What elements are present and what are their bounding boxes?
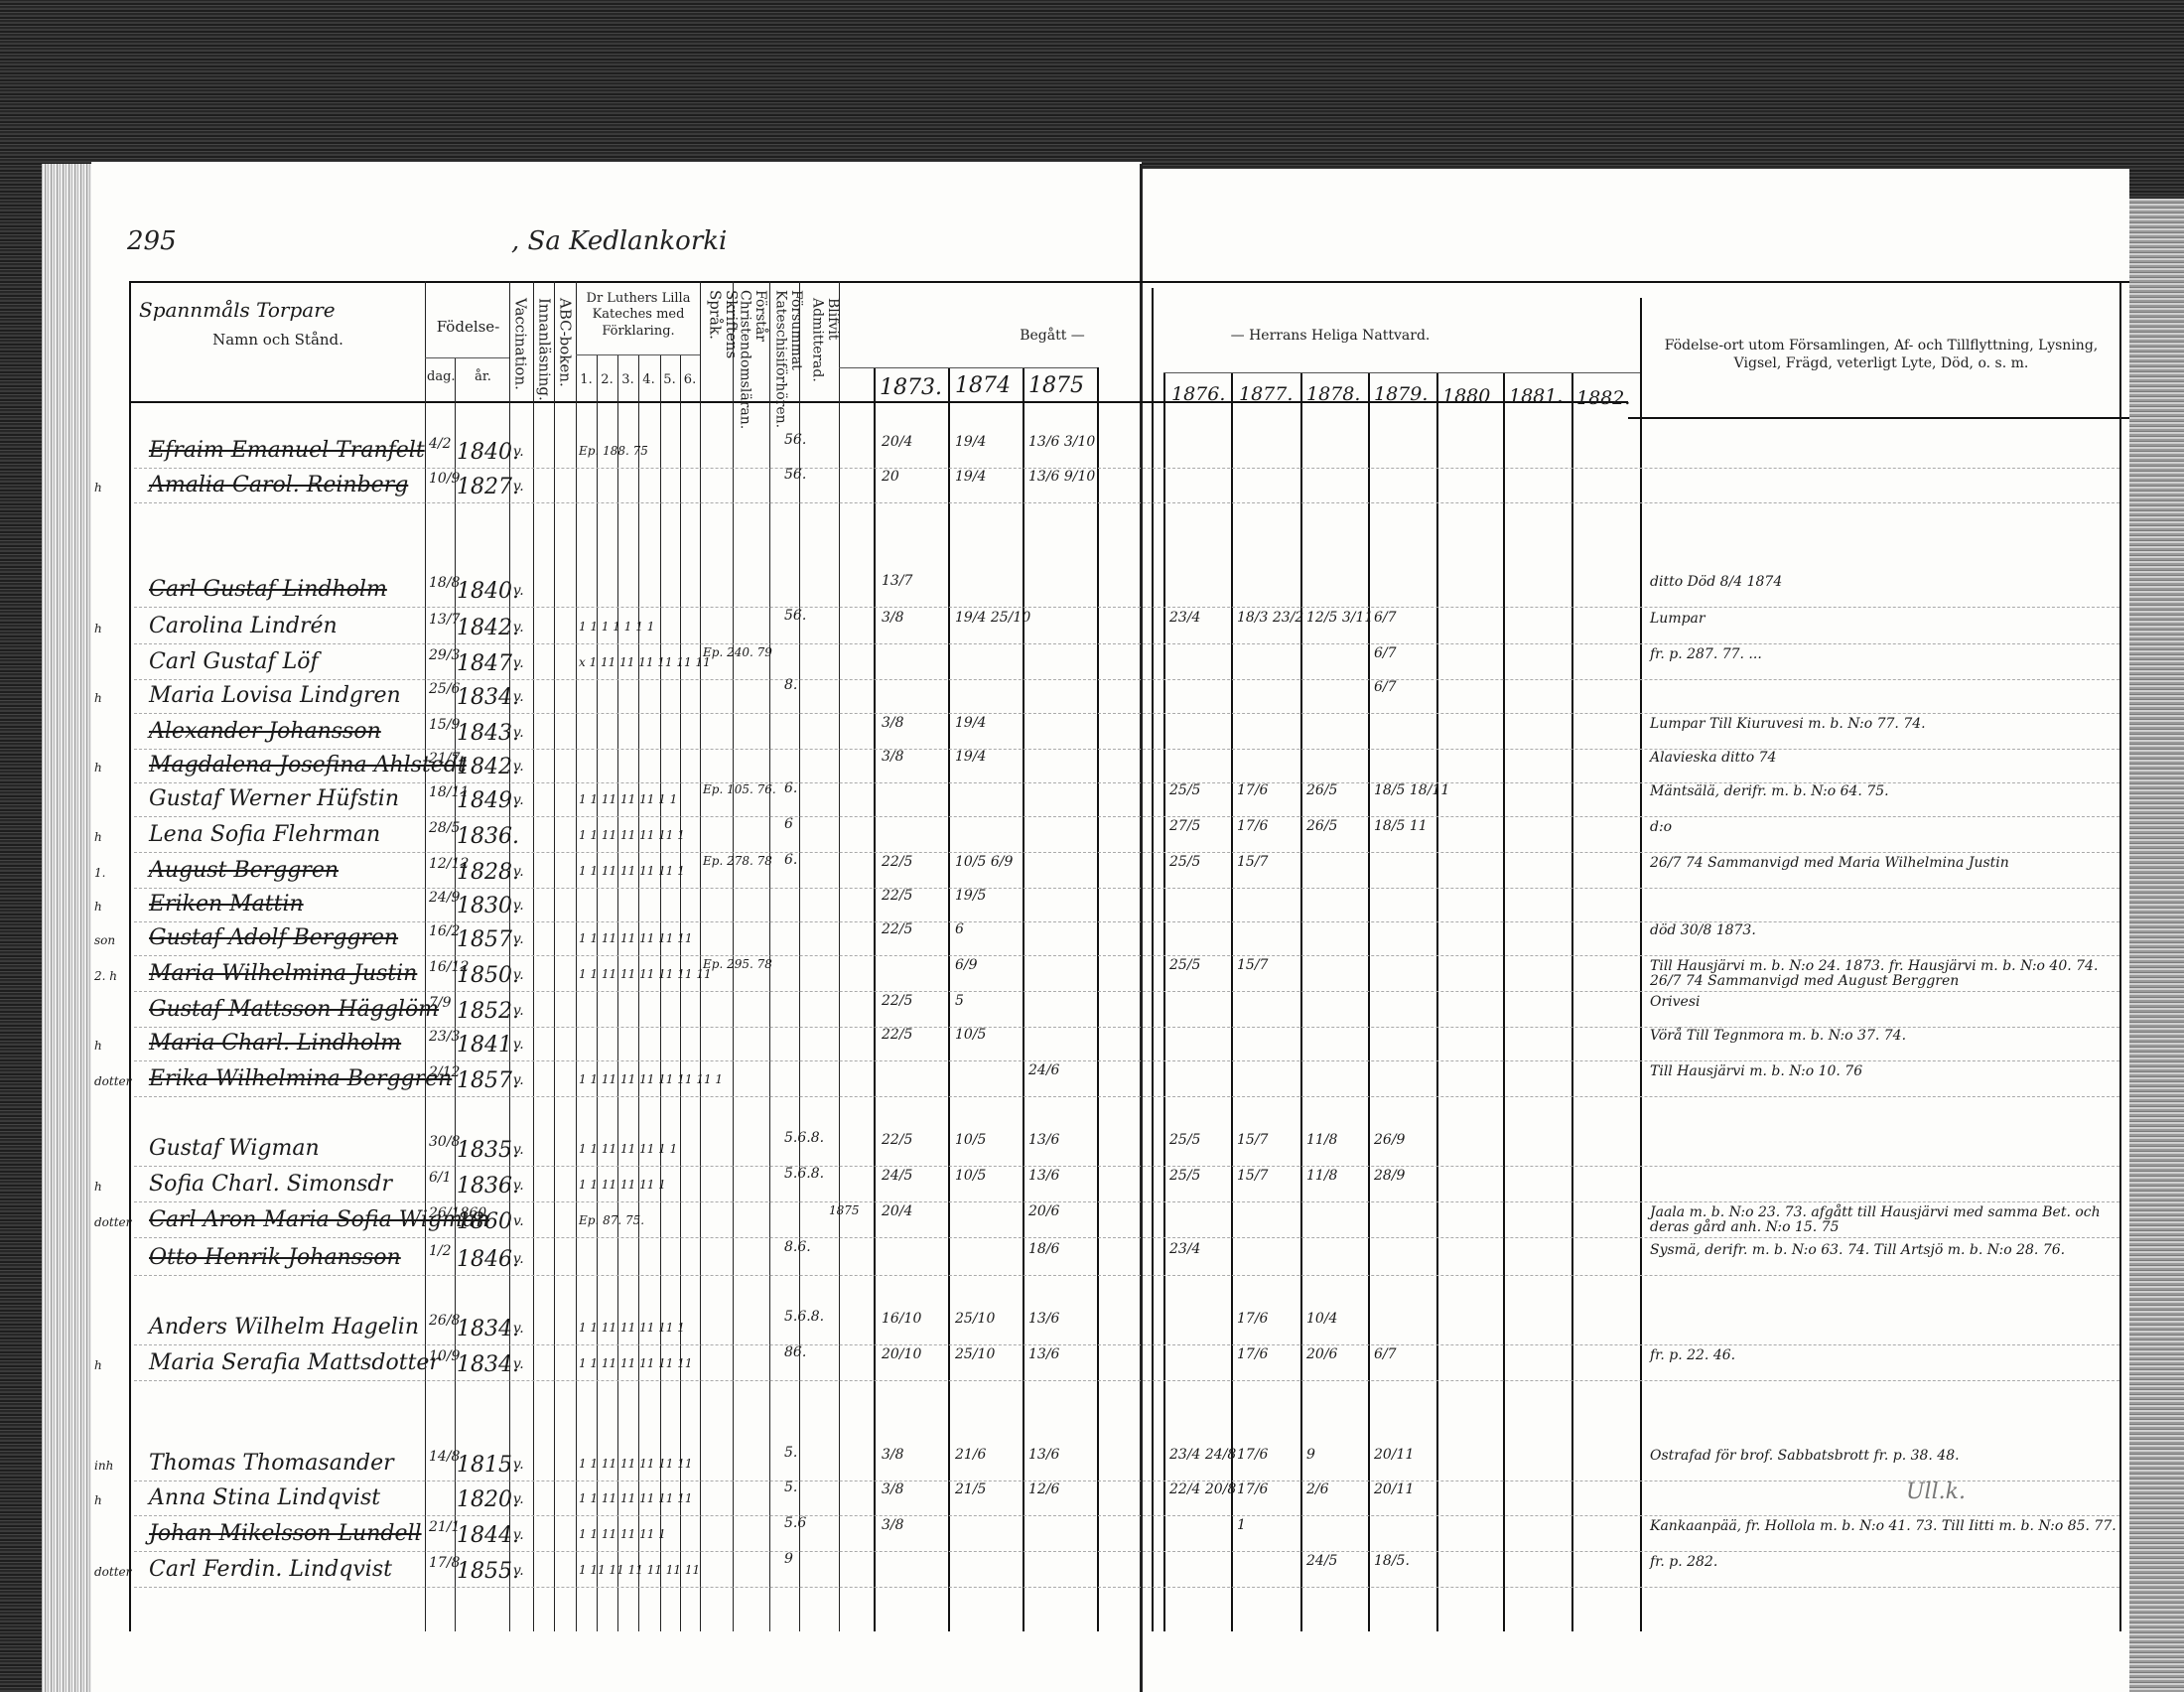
catechism-numbers: 1. 2. 3. 4. 5. 6. bbox=[576, 372, 700, 388]
col-rule-1878 bbox=[1300, 372, 1302, 1631]
birth-sub-rule bbox=[425, 357, 509, 358]
row-prefix: 2. h bbox=[94, 969, 117, 983]
birth-day: 7/9 bbox=[429, 995, 452, 1011]
communion-left-header: Begått — bbox=[993, 328, 1112, 346]
row-prefix: 1. bbox=[94, 866, 105, 880]
communion-1875: 13/6 bbox=[1028, 1132, 1059, 1148]
birth-year: 1850. bbox=[457, 963, 519, 988]
row-prefix: h bbox=[94, 830, 102, 844]
remark-text: Till Hausjärvi m. b. N:o 10. 76 bbox=[1650, 1064, 1862, 1079]
vaccination-mark: v. bbox=[513, 898, 524, 914]
birth-year: 1840. bbox=[457, 579, 519, 604]
missed-catechism-header: Försummat Kateschisiförhören. bbox=[772, 290, 803, 399]
vaccination-mark: v. bbox=[513, 1356, 524, 1372]
year-1880: 1880 bbox=[1442, 385, 1490, 407]
birth-year: 1834. bbox=[457, 1352, 519, 1377]
catechism-marks: 1 1 11 11 11 11 1 bbox=[579, 1321, 685, 1335]
col-rule bbox=[455, 357, 456, 1631]
birth-year: 1840. bbox=[457, 440, 519, 465]
remark-text: Sysmä, derifr. m. b. N:o 63. 74. Till Ar… bbox=[1650, 1243, 2065, 1258]
year-1875: 1875 bbox=[1028, 373, 1084, 398]
communion-1879: 6/7 bbox=[1374, 1346, 1397, 1362]
col-rule-1882 bbox=[1571, 372, 1573, 1631]
row-prefix: dotter bbox=[94, 1565, 131, 1579]
margin-note: Ull.k. bbox=[1906, 1480, 1966, 1504]
communion-1875: 13/6 bbox=[1028, 1346, 1059, 1362]
vaccination-mark: v. bbox=[513, 1491, 524, 1507]
remark-text: Alavieska ditto 74 bbox=[1650, 751, 1776, 766]
vaccination-mark: v. bbox=[513, 1527, 524, 1543]
vaccination-mark: v. bbox=[513, 1563, 524, 1579]
row-divider bbox=[134, 502, 2119, 503]
communion-1875: 12/6 bbox=[1028, 1481, 1059, 1497]
birth-year: 1846. bbox=[457, 1247, 519, 1272]
communion-1879: 18/5. bbox=[1374, 1553, 1410, 1569]
missed-catechism: 86. bbox=[784, 1344, 806, 1360]
birth-day: 21/7 bbox=[429, 751, 460, 767]
col-rule bbox=[839, 281, 840, 1631]
col-rule bbox=[617, 354, 618, 1631]
vaccination-header: Vaccination. bbox=[512, 298, 529, 397]
row-prefix: h bbox=[94, 900, 102, 914]
missed-catechism: 56. bbox=[784, 467, 806, 483]
birth-day: 28/5 bbox=[429, 820, 460, 836]
person-name: Gustaf Mattsson Hägglöm bbox=[149, 997, 439, 1022]
birth-year: 1852. bbox=[457, 999, 519, 1024]
birth-year: 1815. bbox=[457, 1453, 519, 1478]
remark-text: Orivesi bbox=[1650, 995, 1701, 1010]
year-1874: 1874 bbox=[955, 373, 1011, 398]
communion-1875: 13/6 bbox=[1028, 1447, 1059, 1463]
vaccination-mark: v. bbox=[513, 1321, 524, 1337]
row-divider bbox=[134, 1060, 2119, 1061]
row-divider bbox=[134, 468, 2119, 469]
birth-year: 1857. bbox=[457, 1068, 519, 1093]
row-divider bbox=[134, 1344, 2119, 1345]
col-rule bbox=[660, 354, 661, 1631]
communion-1873: 22/5 bbox=[882, 1027, 912, 1043]
birth-day: 23/3 bbox=[429, 1029, 460, 1045]
communion-1876: 25/5 bbox=[1169, 782, 1200, 798]
name-column-header: Namn och Stånd. bbox=[139, 331, 417, 350]
vaccination-mark: v. bbox=[513, 864, 524, 880]
communion-1873: 3/8 bbox=[882, 1447, 904, 1463]
row-divider bbox=[134, 643, 2119, 644]
row-prefix: h bbox=[94, 1039, 102, 1053]
birth-year: 1836. bbox=[457, 824, 519, 849]
vaccination-mark: v. bbox=[513, 444, 524, 460]
person-name: Lena Sofia Flehrman bbox=[149, 822, 380, 847]
birth-day: 16/2 bbox=[429, 923, 460, 939]
row-prefix: h bbox=[94, 1493, 102, 1507]
birth-year: 1860 bbox=[457, 1209, 512, 1234]
communion-1874: 19/4 bbox=[955, 715, 986, 731]
communion-1875: 20/6 bbox=[1028, 1203, 1059, 1219]
communion-1876: 25/5 bbox=[1169, 854, 1200, 870]
scripture-ref: Ep. 240. 79 bbox=[703, 645, 772, 659]
birth-day: 18/8 bbox=[429, 575, 460, 591]
row-prefix: h bbox=[94, 761, 102, 775]
birth-year: 1834. bbox=[457, 685, 519, 710]
page-number: 295 bbox=[127, 226, 177, 256]
person-name: Carl Ferdin. Lindqvist bbox=[149, 1557, 392, 1582]
communion-1877: 17/6 bbox=[1237, 782, 1268, 798]
admitted-year: 1875 bbox=[829, 1203, 860, 1217]
communion-1878: 24/5 bbox=[1306, 1553, 1337, 1569]
catechism-marks: x 1 11 11 11 11 11 11 bbox=[579, 655, 711, 669]
communion-1873: 3/8 bbox=[882, 1481, 904, 1497]
row-divider bbox=[134, 816, 2119, 817]
person-name: Carl Gustaf Löf bbox=[149, 649, 319, 674]
vaccination-mark: v. bbox=[513, 967, 524, 983]
missed-catechism: 5.6.8. bbox=[784, 1309, 824, 1325]
communion-1877: 15/7 bbox=[1237, 1168, 1268, 1184]
birth-day: 10/9 bbox=[429, 1348, 460, 1364]
reading-header: Innanläsning. bbox=[536, 298, 553, 397]
birth-year: 1843. bbox=[457, 721, 519, 746]
row-divider bbox=[134, 921, 2119, 922]
person-name: Maria Lovisa Lindgren bbox=[149, 683, 401, 708]
communion-1876: 23/4 bbox=[1169, 1241, 1200, 1257]
communion-1873: 3/8 bbox=[882, 715, 904, 731]
communion-1877: 15/7 bbox=[1237, 1132, 1268, 1148]
col-rule bbox=[1152, 288, 1154, 1631]
col-rule-1873 bbox=[874, 367, 876, 1631]
communion-1873: 22/5 bbox=[882, 888, 912, 904]
person-name: Carl Gustaf Lindholm bbox=[149, 577, 387, 602]
communion-1874: 19/4 bbox=[955, 749, 986, 765]
birth-day: 25/6 bbox=[429, 681, 460, 697]
birth-day: 13/7 bbox=[429, 612, 460, 628]
birth-day: 4/2 bbox=[429, 436, 452, 452]
col-rule-1876 bbox=[1163, 372, 1165, 1631]
birth-day: 29/3 bbox=[429, 647, 460, 663]
catechism-marks: 1 1 11 11 11 11 11 11 1 bbox=[579, 1072, 723, 1086]
vaccination-mark: v. bbox=[513, 1142, 524, 1158]
person-name: Thomas Thomasander bbox=[149, 1451, 394, 1476]
communion-1873: 22/5 bbox=[882, 854, 912, 870]
catechism-sub-rule bbox=[576, 354, 700, 355]
communion-1877: 17/6 bbox=[1237, 1481, 1268, 1497]
catechism-col-1: 1. bbox=[576, 372, 597, 388]
scripture-ref: Ep. 278. 78 bbox=[703, 854, 772, 868]
person-name: Gustaf Werner Hüfstin bbox=[149, 786, 399, 811]
birth-year: 1834. bbox=[457, 1317, 519, 1341]
communion-1878: 20/6 bbox=[1306, 1346, 1337, 1362]
communion-1878: 11/8 bbox=[1306, 1168, 1337, 1184]
missed-catechism: 8.6. bbox=[784, 1239, 811, 1255]
person-name: Maria Wilhelmina Justin bbox=[149, 961, 417, 986]
vaccination-mark: v. bbox=[513, 1251, 524, 1267]
communion-1878: 12/5 3/11 bbox=[1306, 610, 1373, 626]
communion-1873: 20 bbox=[882, 469, 899, 485]
birth-day: 30/8 bbox=[429, 1134, 460, 1150]
missed-catechism: 5.6 bbox=[784, 1515, 806, 1531]
person-name: Johan Mikelsson Lundell bbox=[149, 1521, 422, 1546]
catechism-col-2: 2. bbox=[597, 372, 617, 388]
birth-day: 1/2 bbox=[429, 1243, 452, 1259]
missed-catechism: 56. bbox=[784, 608, 806, 624]
communion-1878: 2/6 bbox=[1306, 1481, 1329, 1497]
communion-1879: 20/11 bbox=[1374, 1447, 1414, 1463]
communion-1873: 3/8 bbox=[882, 610, 904, 626]
vaccination-mark: v. bbox=[513, 1037, 524, 1053]
col-rule-1874 bbox=[948, 367, 950, 1631]
row-divider bbox=[134, 1201, 2119, 1202]
communion-1879: 6/7 bbox=[1374, 679, 1397, 695]
year-1881: 1881. bbox=[1509, 385, 1563, 407]
row-divider bbox=[134, 1551, 2119, 1552]
communion-1876: 23/4 24/8 bbox=[1169, 1447, 1236, 1463]
vaccination-mark: v. bbox=[513, 479, 524, 494]
missed-catechism: 56. bbox=[784, 432, 806, 448]
missed-catechism: 6 bbox=[784, 816, 793, 832]
birth-day: 6/1 bbox=[429, 1170, 452, 1186]
communion-1873: 20/10 bbox=[882, 1346, 921, 1362]
row-prefix: h bbox=[94, 691, 102, 705]
birth-year: 1842. bbox=[457, 616, 519, 640]
catechism-marks: 1 1 11 11 11 1 1 bbox=[579, 792, 677, 806]
christian-doctrine-header: Förstår Christendomsläran. bbox=[737, 290, 767, 399]
remark-text: ditto Död 8/4 1874 bbox=[1650, 575, 1782, 590]
communion-1874: 10/5 bbox=[955, 1168, 986, 1184]
communion-1874: 10/5 6/9 bbox=[955, 854, 1013, 870]
row-prefix: son bbox=[94, 933, 115, 947]
vaccination-mark: v. bbox=[513, 1213, 524, 1229]
communion-1877: 15/7 bbox=[1237, 854, 1268, 870]
birth-year: 1841. bbox=[457, 1033, 519, 1057]
col-rule-1875 bbox=[1023, 367, 1024, 1631]
communion-1874: 10/5 bbox=[955, 1027, 986, 1043]
person-name: Carolina Lindrén bbox=[149, 614, 338, 638]
birth-day: 15/9 bbox=[429, 717, 460, 733]
birth-year: 1830. bbox=[457, 894, 519, 918]
remarks-header: Födelse-ort utom Församlingen, Af- och T… bbox=[1648, 338, 2115, 372]
missed-catechism: 9 bbox=[784, 1551, 793, 1567]
col-rule bbox=[533, 281, 534, 1631]
communion-1874: 6/9 bbox=[955, 957, 978, 973]
place-title: , Sa Kedlankorki bbox=[511, 226, 727, 256]
catechism-marks: 1 1 11 11 11 1 1 bbox=[579, 1142, 677, 1156]
catechism-header: Dr Luthers Lilla Kateches med Förklaring… bbox=[578, 291, 699, 340]
communion-1875: 13/6 9/10 bbox=[1028, 469, 1095, 485]
col-rule bbox=[799, 281, 800, 1631]
missed-catechism: 5. bbox=[784, 1445, 797, 1461]
scripture-ref: Ep. 105. 76. bbox=[703, 782, 776, 796]
remark-text: Kankaanpää, fr. Hollola m. b. N:o 41. 73… bbox=[1650, 1519, 2116, 1534]
communion-1874: 21/6 bbox=[955, 1447, 986, 1463]
communion-1877: 18/3 23/2 bbox=[1237, 610, 1303, 626]
communion-1879: 28/9 bbox=[1374, 1168, 1405, 1184]
communion-1879: 26/9 bbox=[1374, 1132, 1405, 1148]
row-divider bbox=[134, 607, 2119, 608]
birth-day-header: dag. bbox=[427, 369, 455, 385]
communion-1879: 18/5 11 bbox=[1374, 818, 1428, 834]
vaccination-mark: v. bbox=[513, 655, 524, 671]
communion-1874: 19/4 bbox=[955, 469, 986, 485]
person-name: Maria Charl. Lindholm bbox=[149, 1031, 401, 1056]
communion-1873: 3/8 bbox=[882, 749, 904, 765]
birth-day: 2/12 bbox=[429, 1064, 460, 1080]
communion-1873: 22/5 bbox=[882, 1132, 912, 1148]
catechism-marks: 1 1 11 11 11 11 11 11 bbox=[579, 967, 712, 981]
scripture-header: Skriftens Språk. bbox=[707, 290, 740, 399]
vaccination-mark: v. bbox=[513, 1072, 524, 1088]
communion-1874: 10/5 bbox=[955, 1132, 986, 1148]
communion-1879: 6/7 bbox=[1374, 645, 1397, 661]
row-divider bbox=[134, 679, 2119, 680]
birth-day: 10/9 bbox=[429, 471, 460, 487]
year-row-top bbox=[1163, 372, 1640, 373]
person-name: Eriken Mattin bbox=[149, 892, 304, 916]
communion-1876: 22/4 20/8 bbox=[1169, 1481, 1236, 1497]
catechism-marks: 1 1 11 11 11 11 1 bbox=[579, 864, 685, 878]
catechism-marks: 1 1 11 11 11 11 11 bbox=[579, 931, 693, 945]
communion-1877: 17/6 bbox=[1237, 1311, 1268, 1327]
communion-1876: 23/4 bbox=[1169, 610, 1200, 626]
birth-year-header: år. bbox=[457, 369, 509, 385]
communion-1873: 22/5 bbox=[882, 921, 912, 937]
person-name: Otto Henrik Johansson bbox=[149, 1245, 401, 1270]
catechism-marks: 1 11 11 11 11 11 11 bbox=[579, 1563, 700, 1577]
communion-1874: 19/4 25/10 bbox=[955, 610, 1030, 626]
row-divider bbox=[134, 852, 2119, 853]
row-divider bbox=[134, 713, 2119, 714]
col-rule bbox=[733, 281, 734, 1631]
communion-1874: 5 bbox=[955, 993, 964, 1009]
catechism-marks: 1 1 11 11 11 1 bbox=[579, 1527, 666, 1541]
row-prefix: dotter bbox=[94, 1215, 131, 1229]
remark-text: fr. p. 287. 77. ... bbox=[1650, 647, 1762, 662]
communion-1875: 18/6 bbox=[1028, 1241, 1059, 1257]
col-rule-1877 bbox=[1231, 372, 1233, 1631]
person-name: Magdalena Josefina Ahlstedt bbox=[149, 753, 467, 777]
year-1879: 1879. bbox=[1374, 383, 1428, 405]
remark-text: död 30/8 1873. bbox=[1650, 923, 1756, 938]
year-1873: 1873. bbox=[880, 375, 942, 400]
row-divider bbox=[134, 888, 2119, 889]
missed-catechism: 6. bbox=[784, 852, 797, 868]
col-rule bbox=[554, 281, 555, 1631]
household-label: Spannmåls Torpare bbox=[139, 298, 336, 322]
birth-day: 14/8 bbox=[429, 1449, 460, 1465]
missed-catechism: 5.6.8. bbox=[784, 1130, 824, 1146]
admitted-header: Blifvit Admitterad. bbox=[809, 298, 840, 397]
person-name: Amalia Carol. Reinberg bbox=[149, 473, 408, 497]
person-name: Erika Wilhelmina Berggren bbox=[149, 1066, 452, 1091]
birth-day: 26/8 bbox=[429, 1313, 460, 1329]
catechism-col-6: 6. bbox=[680, 372, 700, 388]
vaccination-mark: v. bbox=[513, 583, 524, 599]
row-divider bbox=[134, 955, 2119, 956]
row-divider bbox=[134, 1166, 2119, 1167]
communion-1873: 22/5 bbox=[882, 993, 912, 1009]
remark-text: Till Hausjärvi m. b. N:o 24. 1873. fr. H… bbox=[1650, 959, 2116, 990]
year-1877: 1877. bbox=[1239, 383, 1293, 405]
year-1882: 1882. bbox=[1576, 387, 1630, 409]
row-divider bbox=[134, 1515, 2119, 1516]
row-divider bbox=[134, 1587, 2119, 1588]
vaccination-mark: v. bbox=[513, 725, 524, 741]
remark-text: 26/7 74 Sammanvigd med Maria Wilhelmina … bbox=[1650, 856, 2009, 871]
communion-1873: 24/5 bbox=[882, 1168, 912, 1184]
vaccination-mark: v. bbox=[513, 1003, 524, 1019]
year-1876: 1876. bbox=[1171, 383, 1225, 405]
birth-year: 1820. bbox=[457, 1487, 519, 1512]
communion-1877: 15/7 bbox=[1237, 957, 1268, 973]
col-rule bbox=[680, 354, 681, 1631]
missed-catechism: 5. bbox=[784, 1480, 797, 1495]
catechism-marks: Ep. 188. 75 bbox=[579, 444, 648, 458]
remark-text: d:o bbox=[1650, 820, 1672, 835]
remark-text: fr. p. 282. bbox=[1650, 1555, 1717, 1570]
year-1878: 1878. bbox=[1306, 383, 1360, 405]
birth-year: 1827. bbox=[457, 475, 519, 499]
person-name: August Berggren bbox=[149, 858, 339, 883]
table-right-border bbox=[2119, 281, 2121, 1631]
person-name: Maria Serafia Mattsdotter bbox=[149, 1350, 440, 1375]
book-right-edge bbox=[2124, 199, 2184, 1692]
catechism-marks: 1 1 11 11 11 11 11 bbox=[579, 1356, 693, 1370]
catechism-col-5: 5. bbox=[659, 372, 680, 388]
table-left-border bbox=[129, 281, 131, 1631]
row-prefix: h bbox=[94, 1358, 102, 1372]
remark-text: Lumpar Till Kiuruvesi m. b. N:o 77. 74. bbox=[1650, 717, 1926, 732]
row-divider bbox=[134, 1096, 2119, 1097]
communion-1878: 26/5 bbox=[1306, 818, 1337, 834]
row-prefix: h bbox=[94, 1180, 102, 1194]
person-name: Efraim Emanuel Tranfelt bbox=[149, 438, 425, 463]
communion-1878: 26/5 bbox=[1306, 782, 1337, 798]
table-top-rule bbox=[129, 281, 2129, 283]
col-rule-1881 bbox=[1503, 372, 1505, 1631]
vaccination-mark: v. bbox=[513, 792, 524, 808]
birth-year: 1855. bbox=[457, 1559, 519, 1584]
catechism-marks: 1 1 1 1 1 1 1 bbox=[579, 620, 654, 634]
vaccination-mark: v. bbox=[513, 689, 524, 705]
communion-1879: 18/5 18/11 bbox=[1374, 782, 1449, 798]
communion-1876: 27/5 bbox=[1169, 818, 1200, 834]
birth-header: Födelse- bbox=[427, 318, 509, 337]
communion-1875: 13/6 bbox=[1028, 1168, 1059, 1184]
remark-text: Ostrafad för brof. Sabbatsbrott fr. p. 3… bbox=[1650, 1449, 1960, 1464]
col-rule bbox=[597, 354, 598, 1631]
remark-text: Vörå Till Tegnmora m. b. N:o 37. 74. bbox=[1650, 1029, 1906, 1044]
row-prefix: dotter bbox=[94, 1074, 131, 1088]
communion-1874: 19/5 bbox=[955, 888, 986, 904]
birth-year: 1844. bbox=[457, 1523, 519, 1548]
person-name: Anna Stina Lindqvist bbox=[149, 1485, 380, 1510]
birth-year: 1835. bbox=[457, 1138, 519, 1163]
catechism-marks: 1 1 11 11 11 11 1 bbox=[579, 828, 685, 842]
birth-day: 17/8 bbox=[429, 1555, 460, 1571]
col-rule-remarks bbox=[1640, 298, 1642, 1631]
row-prefix: h bbox=[94, 481, 102, 494]
vaccination-mark: v. bbox=[513, 1178, 524, 1194]
communion-1874: 25/10 bbox=[955, 1346, 995, 1362]
communion-1876: 25/5 bbox=[1169, 1132, 1200, 1148]
book-gutter bbox=[1140, 164, 1143, 1692]
communion-1877: 17/6 bbox=[1237, 818, 1268, 834]
person-name: Anders Wilhelm Hagelin bbox=[149, 1315, 419, 1339]
communion-1878: 10/4 bbox=[1306, 1311, 1337, 1327]
birth-day: 24/9 bbox=[429, 890, 460, 906]
communion-1873: 13/7 bbox=[882, 573, 912, 589]
communion-1879: 20/11 bbox=[1374, 1481, 1414, 1497]
communion-right-header: — Herrans Heliga Nattvard. bbox=[1181, 328, 1479, 346]
row-prefix: h bbox=[94, 622, 102, 635]
person-name: Alexander Johansson bbox=[149, 719, 381, 744]
